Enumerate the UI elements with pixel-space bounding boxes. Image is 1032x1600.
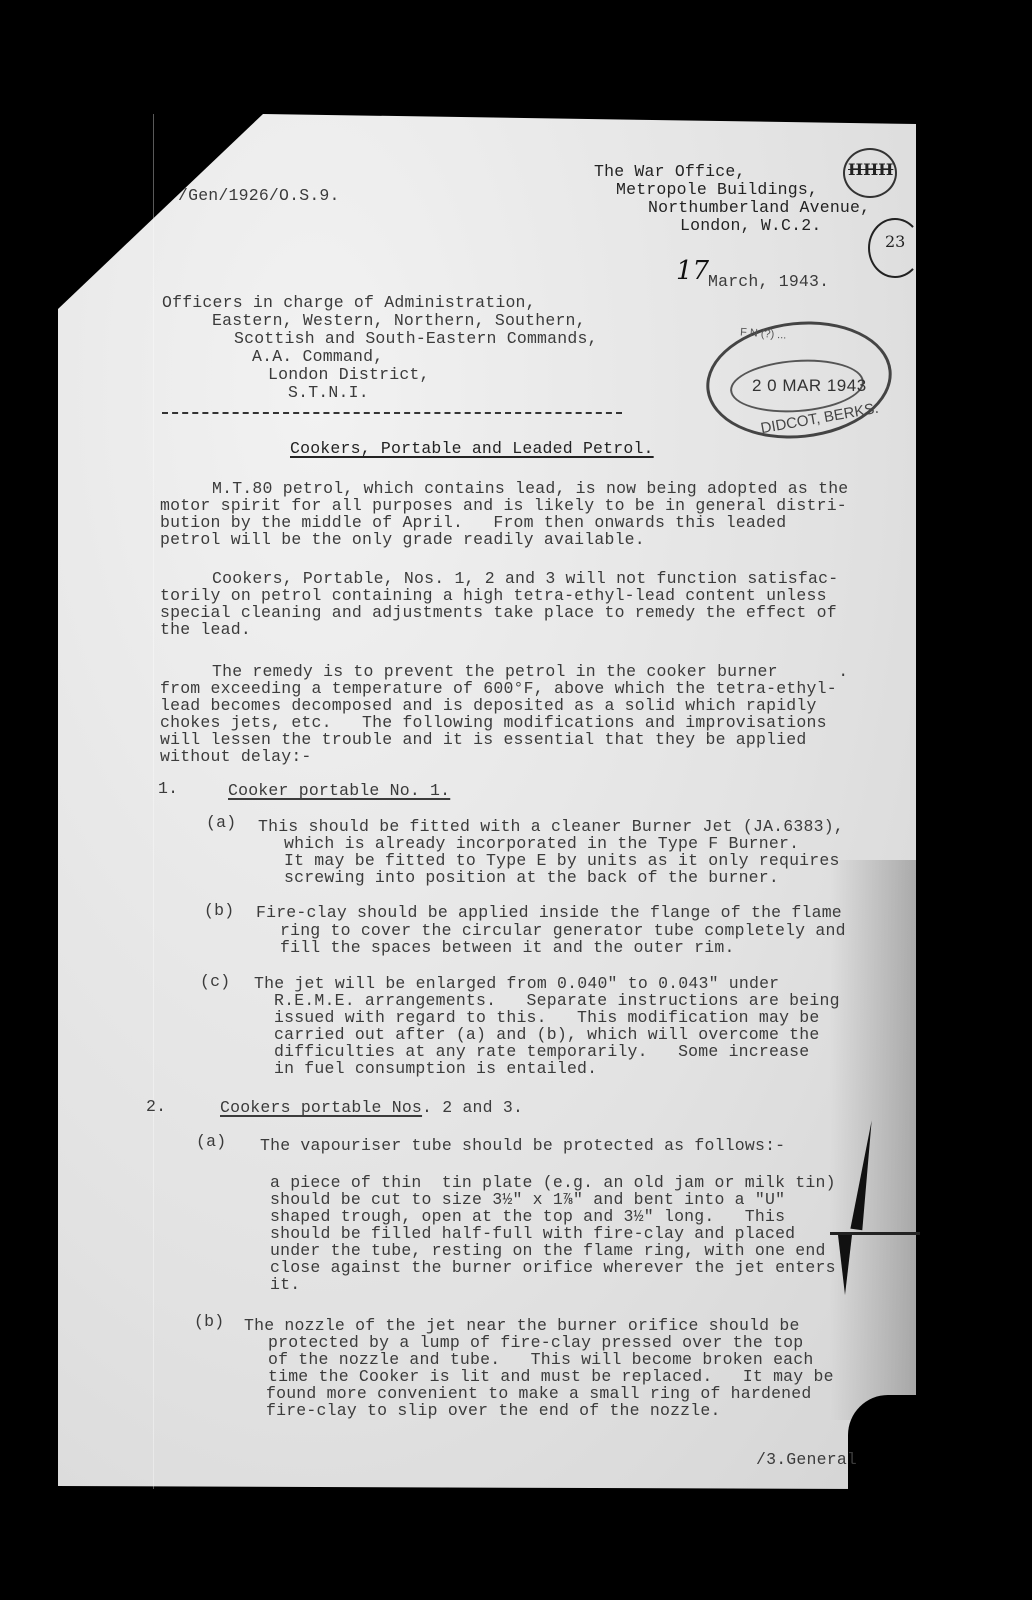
recipient-line: Scottish and South-Eastern Commands, [234,331,598,347]
separator-line [162,412,622,414]
sender-line-2: Metropole Buildings, [616,182,818,198]
section-number: 2. [146,1099,166,1115]
section-heading-rest: . 2 and 3. [422,1098,523,1117]
item-line: R.E.M.E. arrangements. Separate instruct… [274,993,840,1009]
item-line: ring to cover the circular generator tub… [280,923,846,939]
paragraph-line: bution by the middle of April. From then… [160,515,786,531]
section-heading-underlined: Cookers portable Nos [220,1098,422,1117]
page-tear [838,1235,852,1295]
item-line: protected by a lump of fire-clay pressed… [268,1335,803,1351]
paragraph-line: from exceeding a temperature of 600°F, a… [160,681,837,697]
item-line: shaped trough, open at the top and 3½" l… [270,1209,785,1225]
item-line: it. [270,1277,300,1293]
paragraph-line: The remedy is to prevent the petrol in t… [212,664,848,680]
item-line: screwing into position at the back of th… [284,870,779,886]
item-line: The jet will be enlarged from 0.040" to … [254,976,779,992]
item-line: found more convenient to make a small ri… [266,1386,812,1402]
recipient-line: London District, [268,367,430,383]
item-line: fill the spaces between it and the outer… [280,940,735,956]
margin-mark-text: HHH [848,160,893,179]
item-line: of the nozzle and tube. This will become… [268,1352,814,1368]
section-heading: Cooker portable No. 1. [228,783,450,799]
item-line: carried out after (a) and (b), which wil… [274,1027,820,1043]
item-line: issued with regard to this. This modific… [274,1010,820,1026]
paragraph-line: chokes jets, etc. The following modifica… [160,715,827,731]
paragraph-line: the lead. [160,622,251,638]
item-line: difficulties at any rate temporarily. So… [274,1044,809,1060]
item-line: a piece of thin tin plate (e.g. an old j… [270,1175,836,1191]
section-heading: Cookers portable Nos. 2 and 3. [220,1100,523,1116]
paragraph-line: motor spirit for all purposes and is lik… [160,498,847,514]
item-label: (a) [196,1134,226,1150]
paragraph-line: special cleaning and adjustments take pl… [160,605,837,621]
item-line: The nozzle of the jet near the burner or… [244,1318,800,1334]
letter-date: March, 1943. [708,274,829,290]
recipient-line: Eastern, Western, Northern, Southern, [212,313,586,329]
item-line: under the tube, resting on the flame rin… [270,1243,826,1259]
document-title: Cookers, Portable and Leaded Petrol. [290,441,654,457]
paragraph-line: M.T.80 petrol, which contains lead, is n… [212,481,848,497]
item-label: (b) [204,903,234,919]
paragraph-line: will lessen the trouble and it is essent… [160,732,807,748]
continuation-note: /3.General [756,1452,857,1468]
item-label: (b) [194,1314,224,1330]
item-line: time the Cooker is lit and must be repla… [268,1369,834,1385]
paragraph-line: torily on petrol containing a high tetra… [160,588,827,604]
item-line: which is already incorporated in the Typ… [284,836,799,852]
item-line: should be filled half-full with fire-cla… [270,1226,795,1242]
reference-number: /Gen/1926/O.S.9. [178,188,340,204]
item-line: close against the burner orifice whereve… [270,1260,836,1276]
item-label: (a) [206,815,236,831]
margin-mark-text-2: 23 [885,232,905,251]
paragraph-line: without delay:- [160,749,312,765]
recipient-line: S.T.N.I. [288,385,369,401]
torn-corner [848,1395,928,1505]
handwritten-day: 17 [676,256,709,286]
fold-line [153,114,154,1489]
stamp-date: 2 0 MAR 1943 [752,376,867,396]
section-number: 1. [158,781,178,797]
recipient-line: Officers in charge of Administration, [162,295,536,311]
item-line: The vapouriser tube should be protected … [260,1138,785,1154]
item-line: fire-clay to slip over the end of the no… [266,1403,721,1419]
sender-line-1: The War Office, [594,164,746,180]
sender-line-3: Northumberland Avenue, [648,200,870,216]
paragraph-line: petrol will be the only grade readily av… [160,532,645,548]
item-label: (c) [200,974,230,990]
sender-line-4: London, W.C.2. [680,218,821,234]
paragraph-line: lead becomes decomposed and is deposited… [160,698,817,714]
item-line: It may be fitted to Type E by units as i… [284,853,840,869]
item-line: Fire-clay should be applied inside the f… [256,905,842,921]
paragraph-line: Cookers, Portable, Nos. 1, 2 and 3 will … [212,571,838,587]
recipient-line: A.A. Command, [252,349,383,365]
item-line: in fuel consumption is entailed. [274,1061,597,1077]
item-line: This should be fitted with a cleaner Bur… [258,819,844,835]
item-line: should be cut to size 3½" x 1⅞" and bent… [270,1192,785,1208]
